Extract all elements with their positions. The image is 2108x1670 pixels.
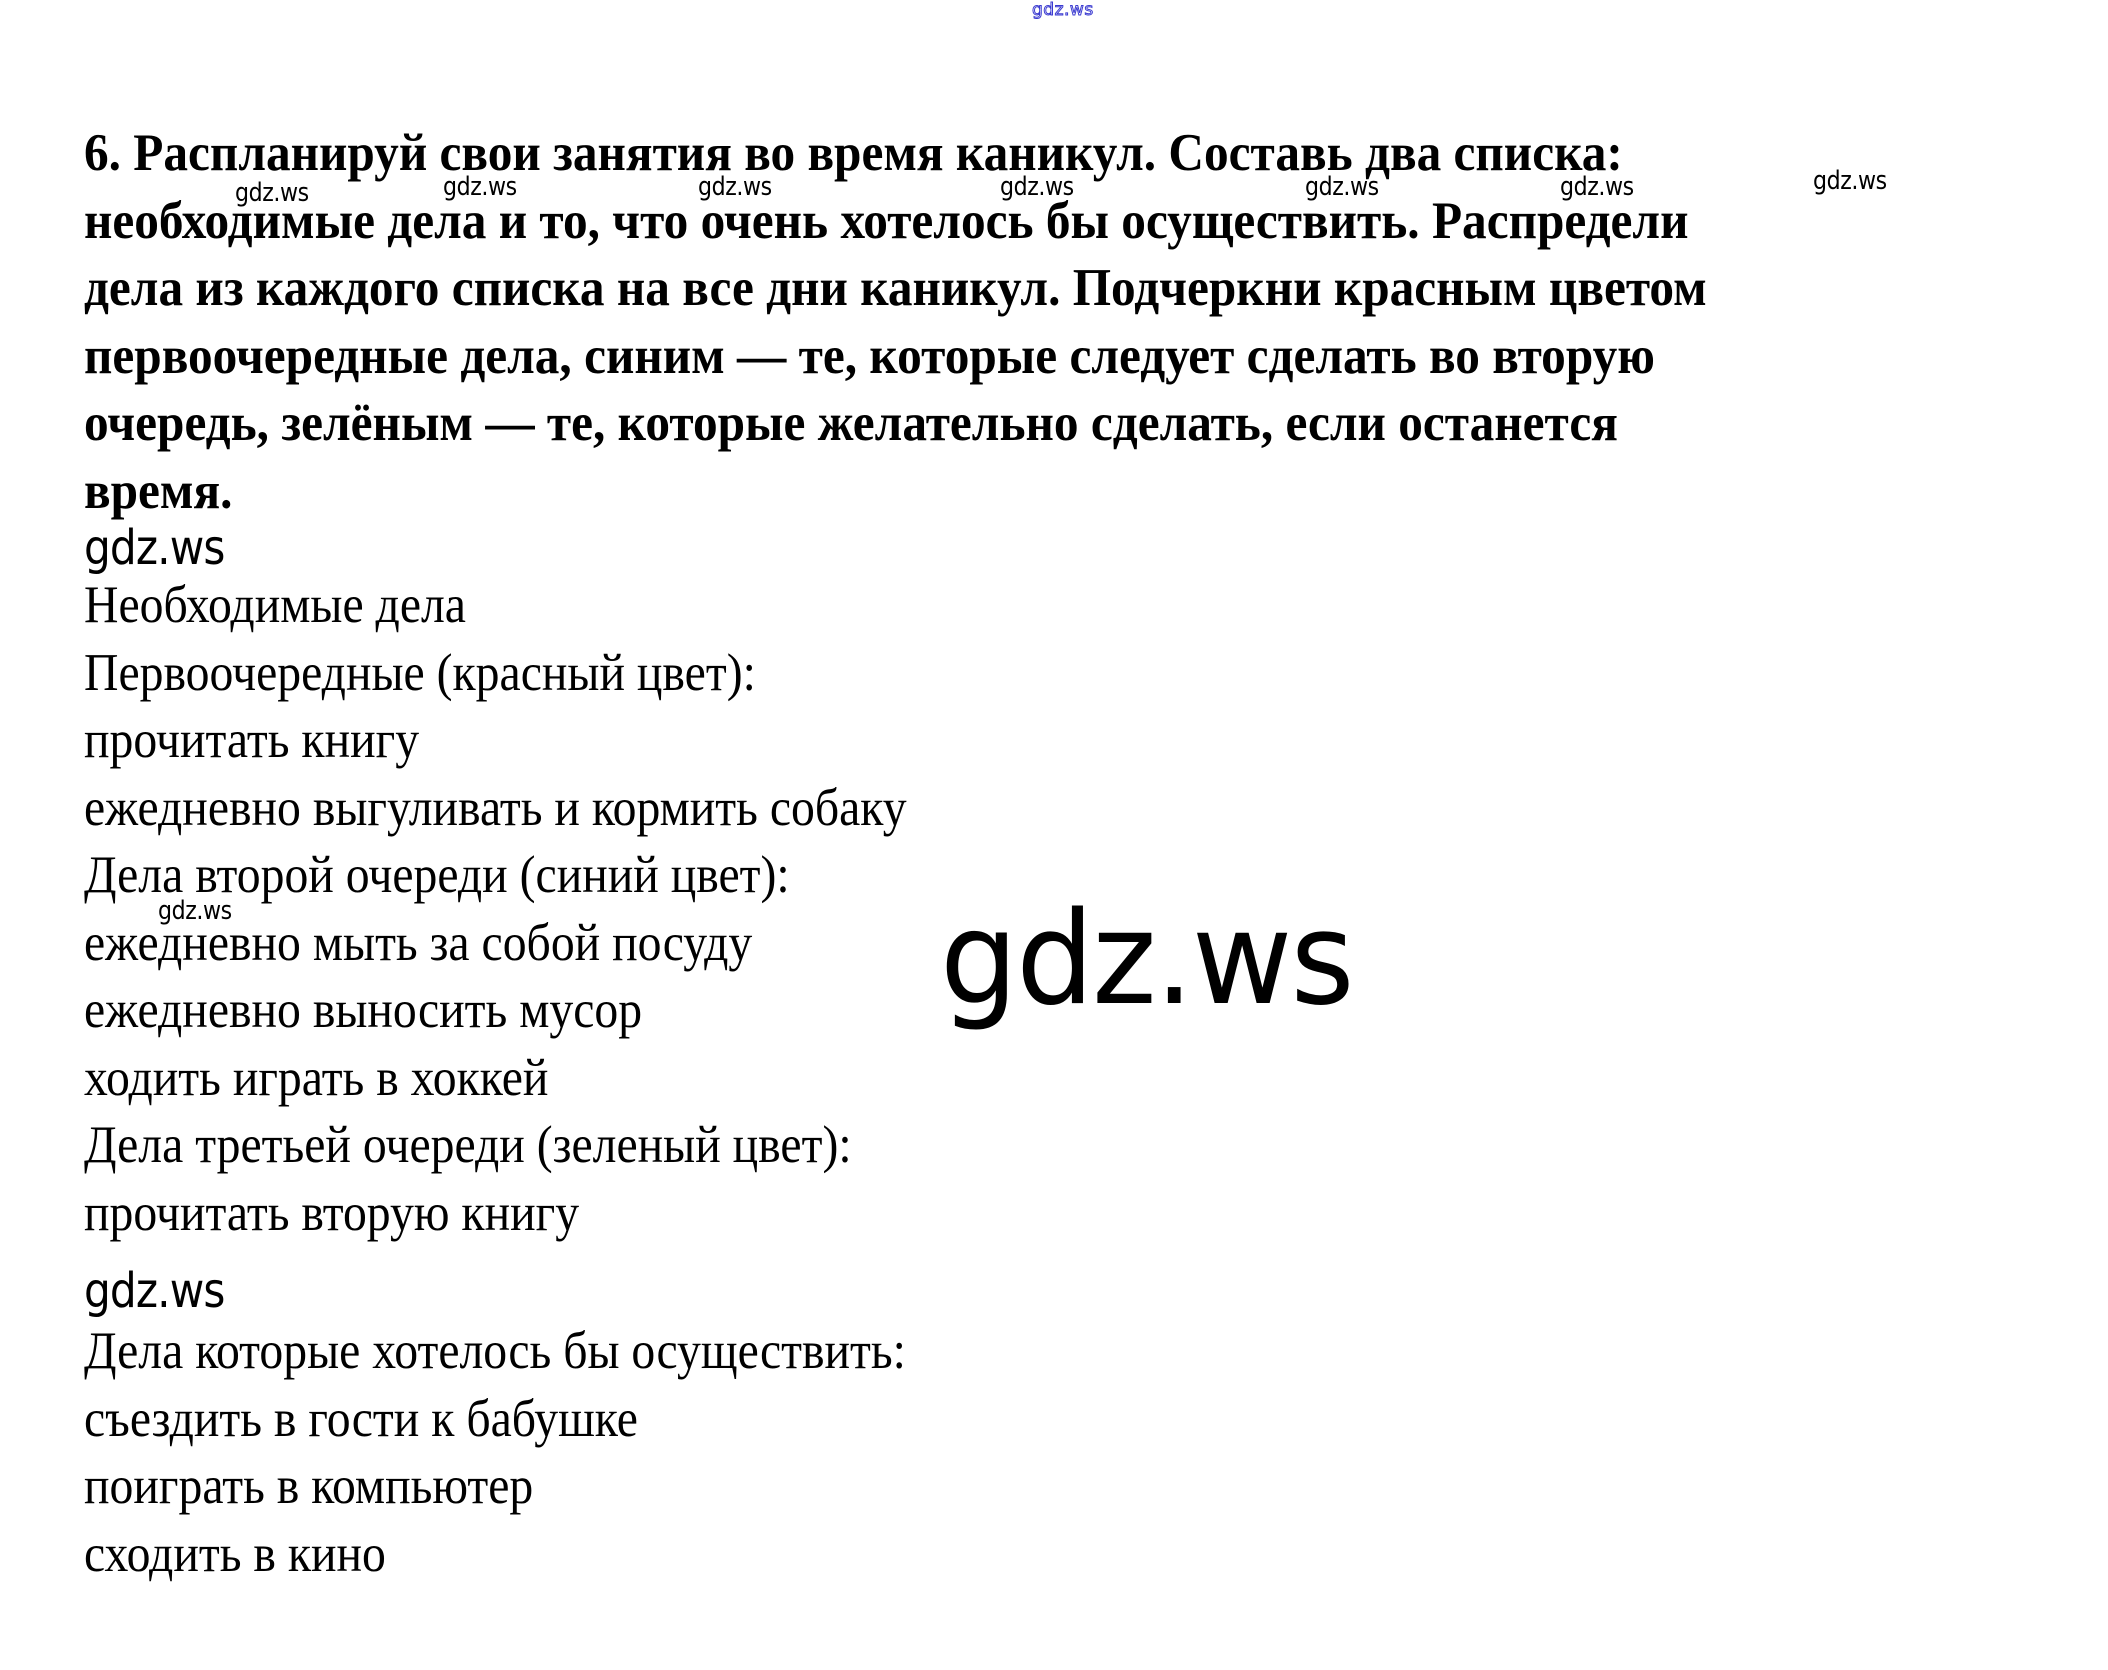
task-line: первоочередные дела, синим — те, которые… [84, 323, 1925, 391]
wish-tasks: Дела которые хотелось бы осуществить: съ… [84, 1318, 906, 1588]
list-item: поиграть в компьютер [84, 1453, 906, 1521]
group-label-third: Дела третьей очереди (зеленый цвет): [84, 1112, 907, 1180]
wishes-title: Дела которые хотелось бы осуществить: [84, 1318, 906, 1386]
group-label-first: Первоочередные (красный цвет): [84, 640, 907, 708]
list-item: ходить играть в хоккей [84, 1045, 907, 1113]
task-line: дела из каждого списка на все дни канику… [84, 255, 1925, 323]
inline-watermark: gdz.ws [698, 172, 772, 202]
list-item: ежедневно выносить мусор [84, 977, 907, 1045]
inline-watermark: gdz.ws [1305, 172, 1379, 202]
section-watermark: gdz.ws [84, 520, 224, 576]
task-line: очередь, зелёным — те, которые желательн… [84, 390, 1925, 458]
inline-watermark: gdz.ws [1813, 166, 1887, 196]
list-item: прочитать книгу [84, 707, 907, 775]
inline-watermark: gdz.ws [1560, 172, 1634, 202]
list-item: прочитать вторую книгу [84, 1180, 907, 1248]
inline-watermark: gdz.ws [158, 896, 232, 926]
task-line: время. [84, 458, 1925, 526]
inline-watermark: gdz.ws [1000, 172, 1074, 202]
list-item: съездить в гости к бабушке [84, 1386, 906, 1454]
list-item: ежедневно выгуливать и кормить собаку [84, 775, 907, 843]
list-item: сходить в кино [84, 1521, 906, 1589]
necessary-title: Необходимые дела [84, 572, 907, 640]
inline-watermark: gdz.ws [235, 178, 309, 208]
inline-watermark: gdz.ws [443, 172, 517, 202]
big-watermark: gdz.ws [940, 885, 1353, 1034]
top-watermark: gdz.ws [1032, 0, 1094, 20]
section-watermark: gdz.ws [84, 1263, 224, 1319]
